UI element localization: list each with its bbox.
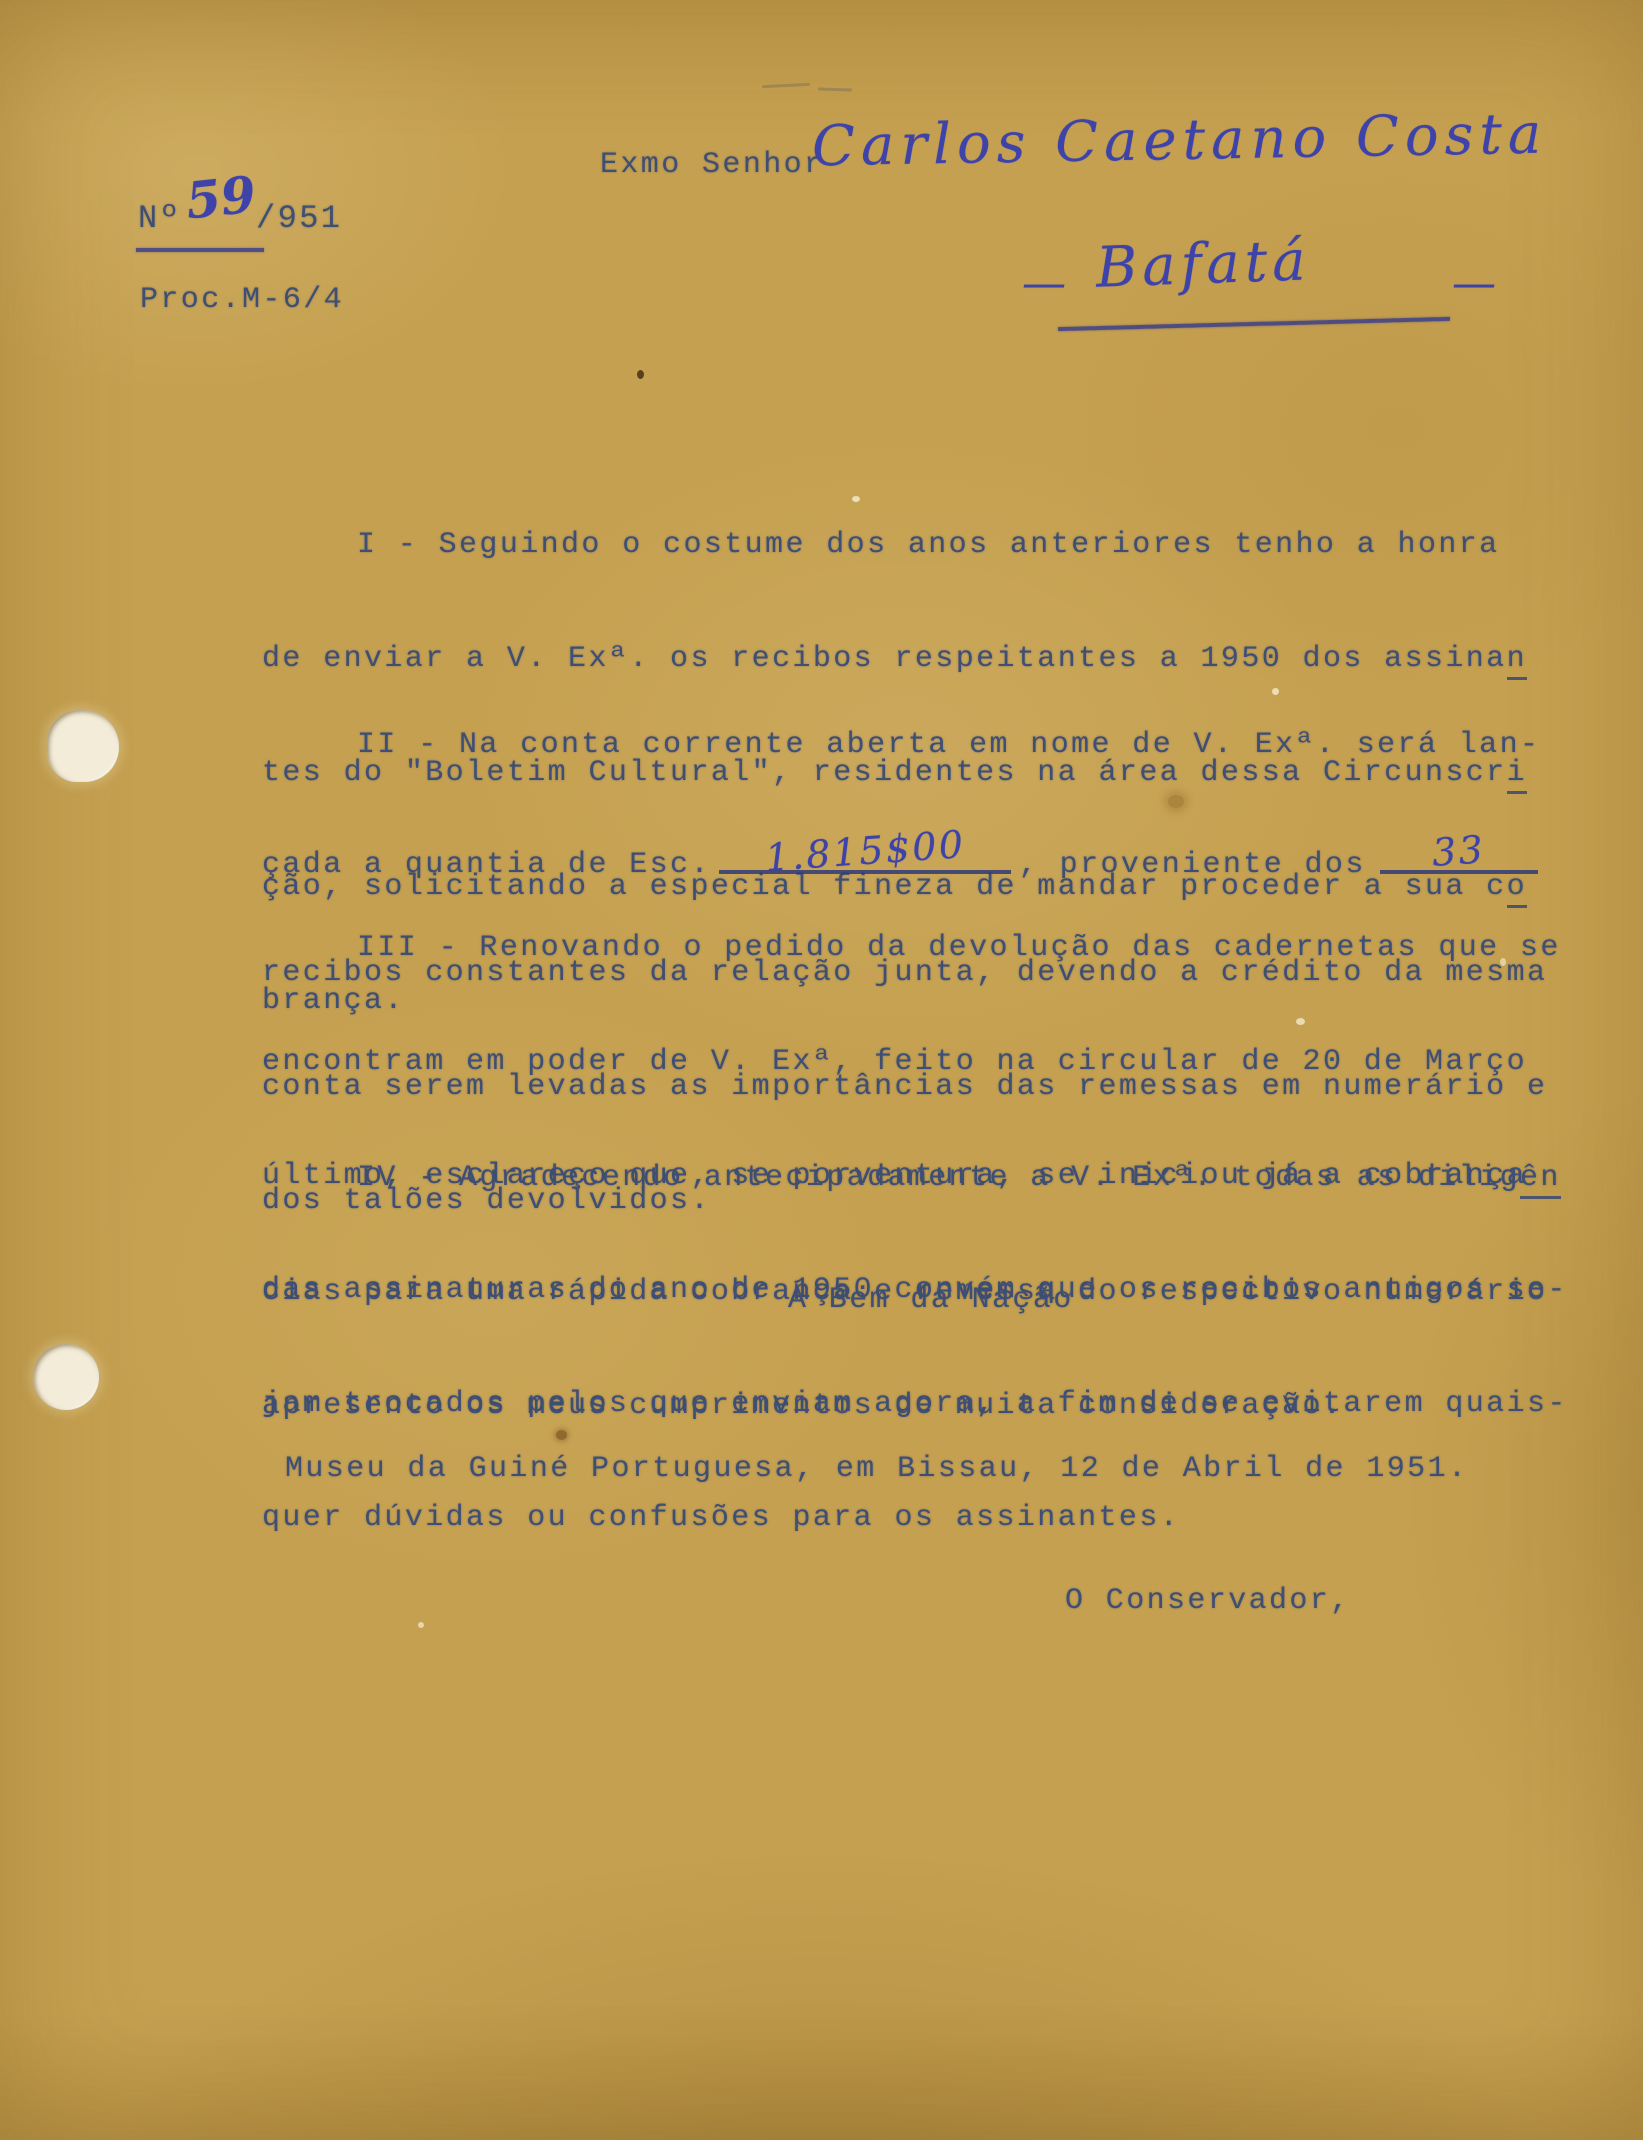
paper-stain: [637, 370, 644, 379]
text-line: quer dúvidas ou confusões para os assina…: [262, 1499, 1622, 1537]
salutation: Exmo Senhor: [600, 148, 824, 182]
ref-underline: [136, 248, 264, 252]
pencil-mark: [762, 83, 810, 89]
text-line: encontram em poder de V. Exª, feito na c…: [262, 1043, 1622, 1081]
line-text: III - Renovando o pedido da devolução da…: [357, 931, 1561, 965]
place-dash-left: —: [1022, 258, 1066, 309]
line-text: IV - Agradecendo antecipadamente a V. Ex…: [357, 1161, 1520, 1195]
pencil-mark: [818, 87, 852, 91]
text-line: II - Na conta corrente aberta em nome de…: [262, 726, 1622, 764]
line-text: encontram em poder de V. Exª, feito na c…: [262, 1045, 1527, 1079]
place-dash-right: —: [1452, 258, 1496, 309]
text-line: IV - Agradecendo antecipadamente a V. Ex…: [262, 1159, 1622, 1197]
line-text: quer dúvidas ou confusões para os assina…: [262, 1501, 1180, 1535]
line-text: apresento os meus cumprimentos de muita …: [262, 1389, 1343, 1423]
hyphenation-mark: ên: [1520, 1161, 1561, 1199]
handwritten-recipient-name: Carlos Caetano Costa: [811, 102, 1547, 180]
ref-number-year: /951: [256, 200, 342, 237]
ref-number-label: Nº: [138, 200, 181, 237]
line-text: I - Seguindo o costume dos anos anterior…: [357, 528, 1500, 562]
line-text: II - Na conta corrente aberta em nome de…: [357, 728, 1540, 762]
paper-fleck: [418, 1622, 424, 1628]
punch-hole: [47, 710, 119, 782]
text-line: III - Renovando o pedido da devolução da…: [262, 929, 1622, 967]
place-underline: [1058, 317, 1450, 331]
handwritten-ref-number: 59: [183, 165, 258, 231]
handwritten-place: Bafatá: [1095, 228, 1312, 300]
scanned-letter-page: Exmo Senhor Carlos Caetano Costa — Bafat…: [0, 0, 1643, 2140]
process-number: Proc.M-6/4: [140, 283, 344, 317]
closing-motto: A Bem da Nação: [788, 1283, 1074, 1317]
text-line: I - Seguindo o costume dos anos anterior…: [262, 526, 1622, 564]
text-line: apresento os meus cumprimentos de muita …: [262, 1387, 1622, 1425]
dateline: Museu da Guiné Portuguesa, em Bissau, 12…: [285, 1452, 1468, 1486]
punch-hole: [33, 1344, 99, 1410]
signature-title: O Conservador,: [1065, 1584, 1351, 1618]
